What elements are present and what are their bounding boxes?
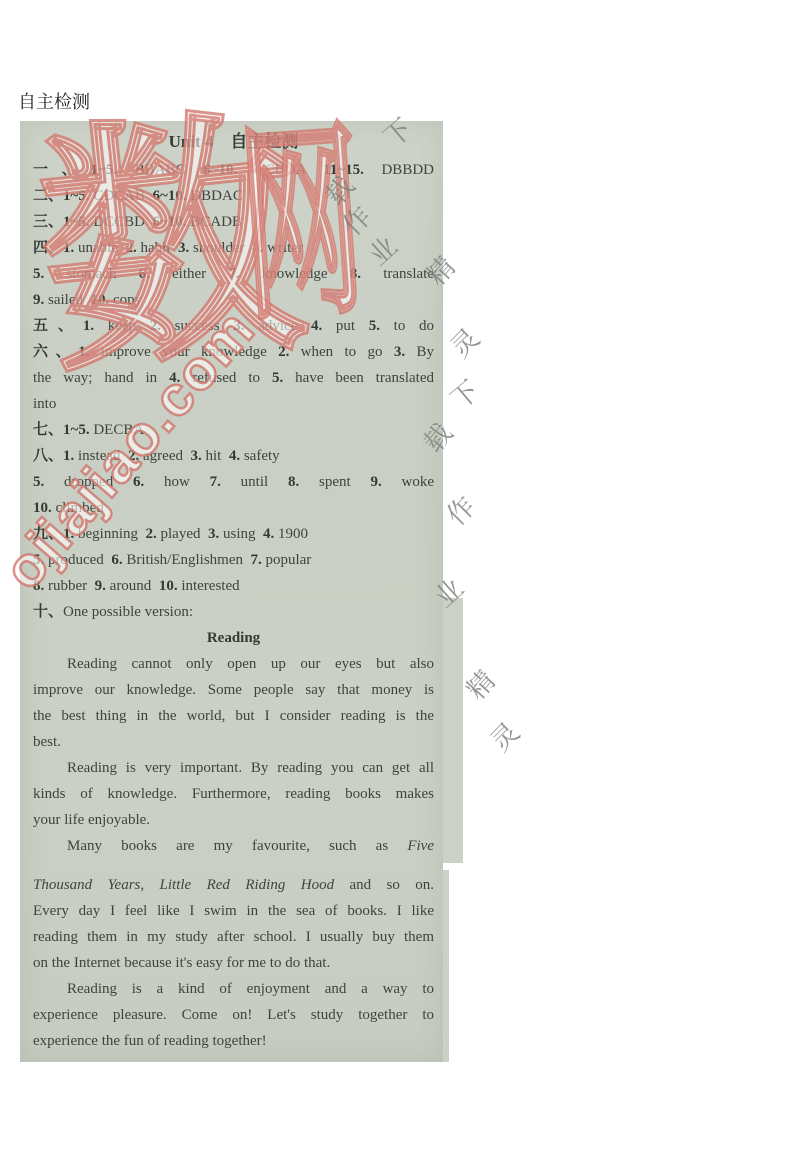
scan-line: 5. dropped 6. how 7. until 8. spent 9. w… xyxy=(33,469,434,495)
scan-line: 5. stomach 6. either 7. knowledge 8. tra… xyxy=(33,261,434,287)
line-segment: 3. xyxy=(233,318,244,334)
line-segment: the best thing in the world, but I consi… xyxy=(33,708,434,724)
line-segment: around xyxy=(106,578,159,594)
scan-title: Unit 4 自主检测 xyxy=(33,127,434,157)
line-segment: best. xyxy=(33,734,61,750)
scan-line: on the Internet because it's easy for me… xyxy=(33,950,434,976)
line-segment: 8. xyxy=(33,578,44,594)
line-segment: to do xyxy=(380,318,434,334)
line-segment: 4. xyxy=(252,240,263,256)
line-segment: BBABC xyxy=(117,162,203,178)
line-segment: British/Englishmen xyxy=(123,552,251,568)
line-segment: DECBA xyxy=(90,422,145,438)
line-segment: Unit 4 自主检测 xyxy=(169,132,299,151)
line-segment: 6~10. xyxy=(153,214,187,230)
line-segment: 2. xyxy=(128,448,139,464)
line-segment: on the Internet because it's easy for me… xyxy=(33,955,330,971)
line-segment: kinds of knowledge. Furthermore, reading… xyxy=(33,786,434,802)
line-segment: 4. xyxy=(311,318,322,334)
line-segment: stomach xyxy=(44,266,138,282)
line-segment: 8. xyxy=(288,474,299,490)
scan-line: Thousand Years, Little Red Riding Hood a… xyxy=(33,872,434,898)
scan-text: Unit 4 自主检测一、1~5. BBABC 6~10. ACBDA 11~1… xyxy=(20,121,443,1062)
scan-line: 四、1. unable 2. habit 3. shoulder 4. writ… xyxy=(33,235,434,261)
page-heading: 自主检测 xyxy=(18,88,90,114)
line-segment: 三、 xyxy=(33,214,63,230)
scan-paper-extension-bottom xyxy=(443,870,449,1062)
scan-line: 七、1~5. DECBA xyxy=(33,417,434,443)
line-segment: Reading is a kind of enjoyment and a way… xyxy=(67,981,434,997)
line-segment: Thousand Years xyxy=(33,877,140,893)
line-segment: 1. xyxy=(63,448,74,464)
line-segment: your life enjoyable. xyxy=(33,812,150,828)
scan-line: 一、1~5. BBABC 6~10. ACBDA 11~15. DBBDD xyxy=(33,157,434,183)
line-segment: 6~10. xyxy=(153,188,187,204)
line-segment: 3. xyxy=(178,240,189,256)
line-segment: 十、 xyxy=(33,604,63,620)
line-segment: 5. xyxy=(33,552,44,568)
scan-line: your life enjoyable. xyxy=(33,807,434,833)
scan-line: Reading cannot only open up our eyes but… xyxy=(33,651,434,677)
scan-line: best. xyxy=(33,729,434,755)
line-segment: 9. xyxy=(33,292,44,308)
watermark-gray-char: 作 xyxy=(442,492,480,530)
line-segment: keep xyxy=(94,318,150,334)
line-segment: Five xyxy=(407,838,434,854)
scan-line: 三、1~5. DCCBD 6~10. BCADB xyxy=(33,209,434,235)
line-segment: 8. xyxy=(350,266,361,282)
line-segment: 5. xyxy=(33,474,44,490)
line-segment: 4. xyxy=(263,526,274,542)
scan-line: 十、One possible version: xyxy=(33,599,434,625)
line-segment: 1~5. xyxy=(91,162,118,178)
line-segment: 7. xyxy=(210,474,221,490)
scan-line: 五、1. keep 2. success 3. advice 4. put 5.… xyxy=(33,313,434,339)
line-segment: 5. xyxy=(369,318,380,334)
scan-line: the best thing in the world, but I consi… xyxy=(33,703,434,729)
line-segment: 1. xyxy=(83,318,94,334)
line-segment: 9. xyxy=(95,578,106,594)
scan-line: reading them in my study after school. I… xyxy=(33,924,434,950)
scan-line: experience the fun of reading together! xyxy=(33,1028,434,1054)
line-segment: experience pleasure. Come on! Let's stud… xyxy=(33,1007,434,1023)
line-segment: 5. xyxy=(33,266,44,282)
line-segment: 2. xyxy=(126,240,137,256)
line-segment: 2. xyxy=(146,526,157,542)
line-segment: shoulder xyxy=(189,240,252,256)
line-segment: how xyxy=(144,474,209,490)
line-segment: 7. xyxy=(228,266,239,282)
line-segment: , xyxy=(140,877,159,893)
line-segment: 7. xyxy=(250,552,261,568)
line-segment: reading them in my study after school. I… xyxy=(33,929,434,945)
line-segment: 八、 xyxy=(33,448,63,464)
line-segment: 七、 xyxy=(33,422,63,438)
line-segment: 2. xyxy=(278,344,289,360)
line-segment: rubber xyxy=(44,578,94,594)
line-segment: put xyxy=(322,318,369,334)
line-segment: 10. xyxy=(91,292,110,308)
scan-line: kinds of knowledge. Furthermore, reading… xyxy=(33,781,434,807)
line-segment: produced xyxy=(44,552,111,568)
line-segment: played xyxy=(157,526,208,542)
line-segment: improve your knowledge xyxy=(89,344,278,360)
line-segment: 3. xyxy=(190,448,201,464)
line-segment: 四、 xyxy=(33,240,63,256)
watermark-gray-char: 灵 xyxy=(486,718,524,756)
line-segment: 10. xyxy=(33,500,52,516)
line-segment: experience the fun of reading together! xyxy=(33,1033,267,1049)
line-segment: Reading cannot only open up our eyes but… xyxy=(67,656,434,672)
line-segment: BCADB xyxy=(187,214,242,230)
line-segment: either xyxy=(150,266,229,282)
line-segment: advice xyxy=(245,318,311,334)
line-segment: copy xyxy=(109,292,142,308)
line-segment: 五、 xyxy=(33,318,83,334)
line-segment: beginning xyxy=(74,526,145,542)
line-segment: improve our knowledge. Some people say t… xyxy=(33,682,434,698)
line-segment: Reading is very important. By reading yo… xyxy=(67,760,434,776)
line-segment: DBBDD xyxy=(364,162,434,178)
scan-line: improve our knowledge. Some people say t… xyxy=(33,677,434,703)
line-segment: into xyxy=(33,396,56,412)
essay-title: Reading xyxy=(33,625,434,651)
line-segment: 3. xyxy=(394,344,405,360)
line-segment: and so on. xyxy=(334,877,434,893)
line-segment: 六、 xyxy=(33,344,78,360)
scan-line: 二、1~5. CDCAB 6~10. DBDAC xyxy=(33,183,434,209)
line-segment: 1. xyxy=(63,240,74,256)
line-segment: 2. xyxy=(150,318,161,334)
line-segment: 9. xyxy=(370,474,381,490)
scan-line: into xyxy=(33,391,434,417)
scan-line: Reading is very important. By reading yo… xyxy=(33,755,434,781)
line-segment: translate xyxy=(361,266,434,282)
line-segment: 1900 xyxy=(274,526,308,542)
scan-line: 5. produced 6. British/Englishmen 7. pop… xyxy=(33,547,434,573)
line-segment: 九、 xyxy=(33,526,63,542)
line-segment: DCCBD xyxy=(90,214,153,230)
line-segment: knowledge xyxy=(240,266,350,282)
line-segment: Many books are my favourite, such as xyxy=(67,838,407,854)
line-segment: Reading xyxy=(207,630,260,646)
line-segment: spent xyxy=(299,474,370,490)
scan-line: 8. rubber 9. around 10. interested xyxy=(33,573,434,599)
line-segment: interested xyxy=(178,578,240,594)
scan-line: the way; hand in 4. refused to 5. have b… xyxy=(33,365,434,391)
scan-line: Reading is a kind of enjoyment and a way… xyxy=(33,976,434,1002)
line-segment: hit xyxy=(202,448,229,464)
scan-line: 九、1. beginning 2. played 3. using 4. 190… xyxy=(33,521,434,547)
line-segment: CDCAB xyxy=(90,188,153,204)
line-segment: 一、 xyxy=(33,162,91,178)
line-segment: 5. xyxy=(272,370,283,386)
line-segment: refused to xyxy=(180,370,272,386)
line-segment: 1~5. xyxy=(63,188,90,204)
line-segment: 1. xyxy=(63,526,74,542)
line-segment: 6~10. xyxy=(203,162,237,178)
line-segment: agreed xyxy=(139,448,190,464)
scan-line: experience pleasure. Come on! Let's stud… xyxy=(33,1002,434,1028)
watermark-gray-char: 灵 xyxy=(446,324,484,362)
scan-line: 八、1. instead 2. agreed 3. hit 4. safety xyxy=(33,443,434,469)
line-segment: popular xyxy=(262,552,312,568)
line-segment: instead xyxy=(74,448,128,464)
line-segment: success xyxy=(161,318,233,334)
line-segment: dropped xyxy=(44,474,133,490)
line-segment: habit xyxy=(137,240,178,256)
line-segment: ACBDA xyxy=(237,162,323,178)
line-segment: 6. xyxy=(139,266,150,282)
line-segment: Little Red Riding Hood xyxy=(160,877,335,893)
scan-line: 10. climbed xyxy=(33,495,434,521)
scan-line: 9. sailed 10. copy xyxy=(33,287,434,313)
line-segment: 11~15. xyxy=(323,162,364,178)
line-segment: woke xyxy=(382,474,434,490)
line-segment: unable xyxy=(74,240,125,256)
line-segment: 6. xyxy=(133,474,144,490)
line-segment: One possible version: xyxy=(63,604,193,620)
line-segment: DBDAC xyxy=(187,188,243,204)
line-segment: until xyxy=(221,474,288,490)
page: { "page": { "heading": "自主检测" }, "waterm… xyxy=(0,0,800,1151)
line-segment: have been translated xyxy=(283,370,434,386)
line-segment: 4. xyxy=(169,370,180,386)
line-segment: writer xyxy=(263,240,303,256)
line-segment: climbed xyxy=(52,500,104,516)
line-segment: 二、 xyxy=(33,188,63,204)
line-segment: 1. xyxy=(78,344,89,360)
line-segment: By xyxy=(405,344,434,360)
scan-paper-extension-middle xyxy=(443,598,463,863)
line-segment: 4. xyxy=(229,448,240,464)
line-segment: the way; hand in xyxy=(33,370,169,386)
watermark-gray-char: 下 xyxy=(446,376,484,414)
line-segment: 10. xyxy=(159,578,178,594)
scan-line: 六、1. improve your knowledge 2. when to g… xyxy=(33,339,434,365)
line-segment: using xyxy=(219,526,263,542)
line-segment: 3. xyxy=(208,526,219,542)
line-segment: safety xyxy=(240,448,280,464)
watermark-gray-char: 精 xyxy=(462,666,500,704)
line-segment: 6. xyxy=(111,552,122,568)
line-segment: 1~5. xyxy=(63,214,90,230)
scan-line: Every day I feel like I swim in the sea … xyxy=(33,898,434,924)
line-segment: Every day I feel like I swim in the sea … xyxy=(33,903,434,919)
line-segment: 1~5. xyxy=(63,422,90,438)
line-segment: when to go xyxy=(289,344,394,360)
scan-line: Many books are my favourite, such as Fiv… xyxy=(33,833,434,859)
line-segment: sailed xyxy=(44,292,90,308)
